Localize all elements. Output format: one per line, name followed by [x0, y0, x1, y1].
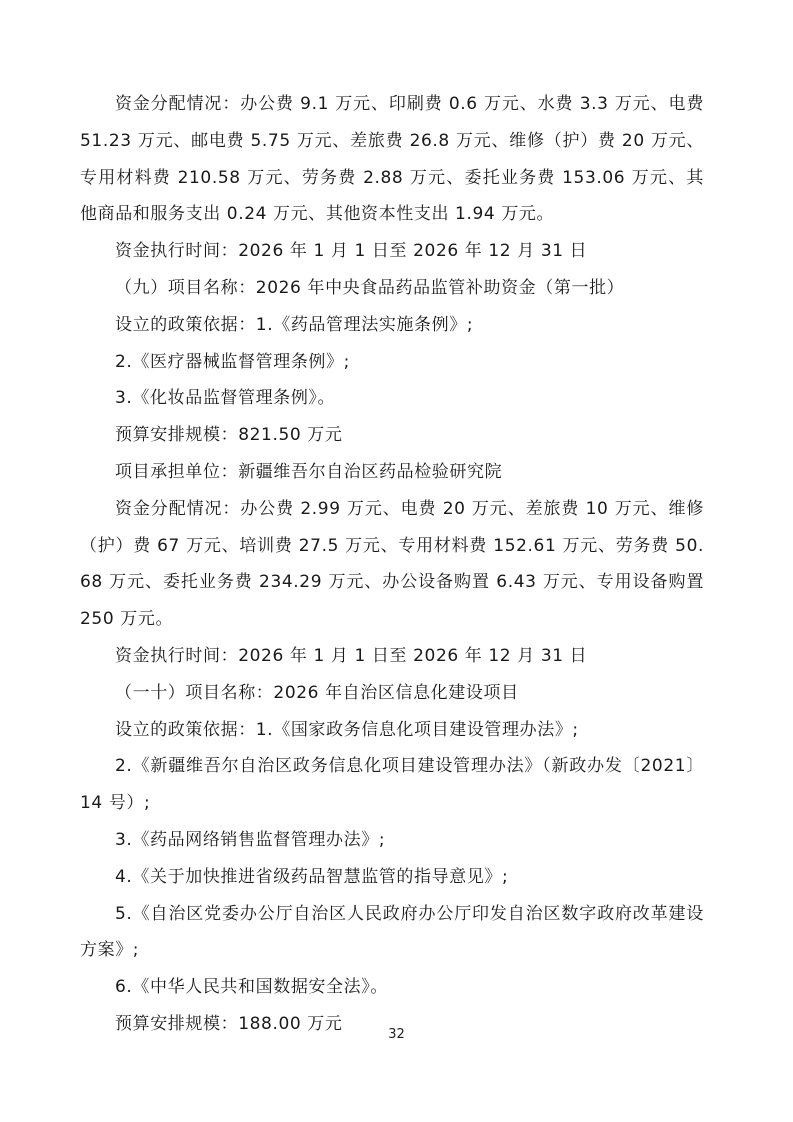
- policy-basis-9-item-2: 2.《医疗器械监督管理条例》;: [80, 344, 704, 381]
- policy-basis-10-item-4: 4.《关于加快推进省级药品智慧监管的指导意见》;: [80, 859, 704, 896]
- responsible-unit-9: 项目承担单位：新疆维吾尔自治区药品检验研究院: [80, 454, 704, 491]
- policy-basis-10-item-5: 5.《自治区党委办公厅自治区人民政府办公厅印发自治区数字政府改革建设方案》;: [80, 896, 704, 970]
- section-heading-10: （一十）项目名称：2026 年自治区信息化建设项目: [80, 675, 704, 712]
- paragraph-fund-allocation-8: 资金分配情况：办公费 9.1 万元、印刷费 0.6 万元、水费 3.3 万元、电…: [80, 86, 704, 233]
- paragraph-execution-time-8: 资金执行时间：2026 年 1 月 1 日至 2026 年 12 月 31 日: [80, 233, 704, 270]
- policy-basis-10-item-1: 设立的政策依据：1.《国家政务信息化项目建设管理办法》;: [80, 712, 704, 749]
- section-heading-9: （九）项目名称：2026 年中央食品药品监管补助资金（第一批）: [80, 270, 704, 307]
- policy-basis-10-item-3: 3.《药品网络销售监督管理办法》;: [80, 822, 704, 859]
- document-body: 资金分配情况：办公费 9.1 万元、印刷费 0.6 万元、水费 3.3 万元、电…: [80, 86, 704, 1043]
- budget-scale-9: 预算安排规模：821.50 万元: [80, 417, 704, 454]
- policy-basis-10-item-2: 2.《新疆维吾尔自治区政务信息化项目建设管理办法》（新政办发〔2021〕14 号…: [80, 748, 704, 822]
- paragraph-fund-allocation-9: 资金分配情况：办公费 2.99 万元、电费 20 万元、差旅费 10 万元、维修…: [80, 491, 704, 638]
- policy-basis-10-item-6: 6.《中华人民共和国数据安全法》。: [80, 969, 704, 1006]
- paragraph-execution-time-9: 资金执行时间：2026 年 1 月 1 日至 2026 年 12 月 31 日: [80, 638, 704, 675]
- page-number: 32: [0, 1027, 793, 1042]
- policy-basis-9-item-1: 设立的政策依据：1.《药品管理法实施条例》;: [80, 307, 704, 344]
- policy-basis-9-item-3: 3.《化妆品监督管理条例》。: [80, 380, 704, 417]
